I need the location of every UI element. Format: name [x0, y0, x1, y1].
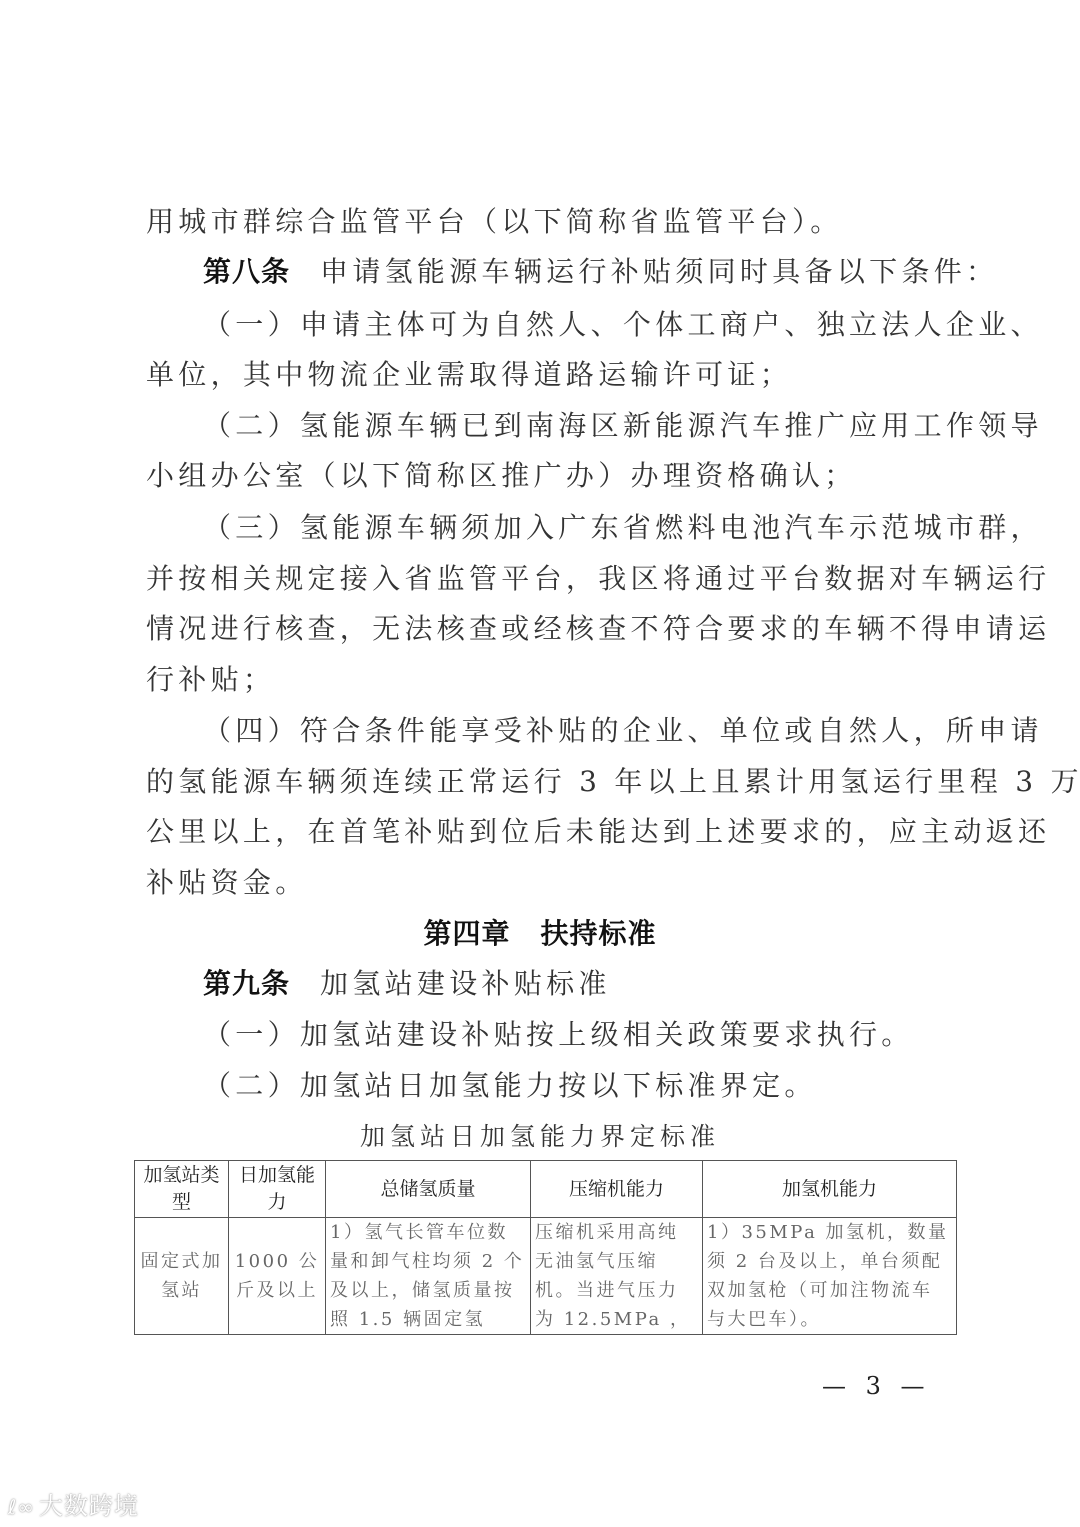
watermark-logo-icon: ℓ∞ — [8, 1495, 35, 1519]
chapter-heading: 第四章扶持标准 — [0, 914, 1080, 954]
header-dispenser: 加氢机能力 — [703, 1161, 957, 1218]
paragraph-line: 用城市群综合监管平台（以下简称省监管平台）。 — [146, 202, 946, 242]
paragraph-line: 并按相关规定接入省监管平台，我区将通过平台数据对车辆运行 — [146, 559, 946, 599]
document-page: 用城市群综合监管平台（以下简称省监管平台）。 第八条申请氢能源车辆运行补贴须同时… — [0, 0, 1080, 1527]
paragraph-line: （一）申请主体可为自然人、个体工商户、独立法人企业、 — [203, 305, 1003, 345]
page-number: — 3 — — [822, 1372, 931, 1400]
article-text: 申请氢能源车辆运行补贴须同时具备以下条件： — [320, 255, 998, 288]
chapter-title: 扶持标准 — [541, 917, 657, 950]
header-compressor: 压缩机能力 — [531, 1161, 703, 1218]
paragraph-line: 行补贴； — [146, 660, 946, 700]
paragraph-line: （四）符合条件能享受补贴的企业、单位或自然人，所申请 — [203, 711, 1003, 751]
paragraph-line: （二）氢能源车辆已到南海区新能源汽车推广应用工作领导 — [203, 406, 1003, 446]
watermark-text: 大数跨境 — [39, 1492, 139, 1520]
paragraph-line: （一）加氢站建设补贴按上级相关政策要求执行。 — [203, 1015, 1003, 1055]
table-header-row: 加氢站类型 日加氢能力 总储氢质量 压缩机能力 加氢机能力 — [135, 1161, 957, 1218]
paragraph-line: 情况进行核查，无法核查或经核查不符合要求的车辆不得申请运 — [146, 609, 946, 649]
article-label: 第八条 — [203, 255, 290, 288]
watermark: ℓ∞大数跨境 — [8, 1486, 139, 1521]
header-storage-mass: 总储氢质量 — [326, 1161, 531, 1218]
paragraph-line: 的氢能源车辆须连续正常运行 3 年以上且累计用氢运行里程 3 万 — [146, 762, 946, 802]
article-label: 第九条 — [203, 967, 290, 1000]
paragraph-line: 公里以上，在首笔补贴到位后未能达到上述要求的，应主动返还 — [146, 812, 946, 852]
cell-daily-capacity: 1000 公斤及以上 — [229, 1218, 326, 1335]
table-title: 加氢站日加氢能力界定标准 — [0, 1118, 1080, 1156]
paragraph-line: （三）氢能源车辆须加入广东省燃料电池汽车示范城市群， — [203, 508, 1003, 548]
paragraph-line: 补贴资金。 — [146, 863, 946, 903]
paragraph-line: （二）加氢站日加氢能力按以下标准界定。 — [203, 1066, 1003, 1106]
article-text: 加氢站建设补贴标准 — [320, 967, 611, 1000]
cell-dispenser: 1）35MPa 加氢机，数量须 2 台及以上，单台须配双加氢枪（可加注物流车与大… — [703, 1218, 957, 1335]
header-daily-capacity: 日加氢能力 — [229, 1161, 326, 1218]
cell-storage-mass: 1）氢气长管车位数量和卸气柱均须 2 个及以上，储氢质量按照 1.5 辆固定氢 — [326, 1218, 531, 1335]
cell-station-type: 固定式加氢站 — [135, 1218, 229, 1335]
article-9-heading: 第九条加氢站建设补贴标准 — [203, 964, 1003, 1004]
header-station-type: 加氢站类型 — [135, 1161, 229, 1218]
paragraph-line: 单位，其中物流企业需取得道路运输许可证； — [146, 355, 946, 395]
capacity-standard-table: 加氢站类型 日加氢能力 总储氢质量 压缩机能力 加氢机能力 固定式加氢站 100… — [134, 1160, 957, 1335]
cell-compressor: 压缩机采用高纯无油氢气压缩机。当进气压力为 12.5MPa ，排 — [531, 1218, 703, 1335]
article-8-heading: 第八条申请氢能源车辆运行补贴须同时具备以下条件： — [203, 252, 1003, 292]
table-row: 固定式加氢站 1000 公斤及以上 1）氢气长管车位数量和卸气柱均须 2 个及以… — [135, 1218, 957, 1335]
paragraph-line: 小组办公室（以下简称区推广办）办理资格确认； — [146, 456, 946, 496]
chapter-number: 第四章 — [423, 917, 510, 950]
